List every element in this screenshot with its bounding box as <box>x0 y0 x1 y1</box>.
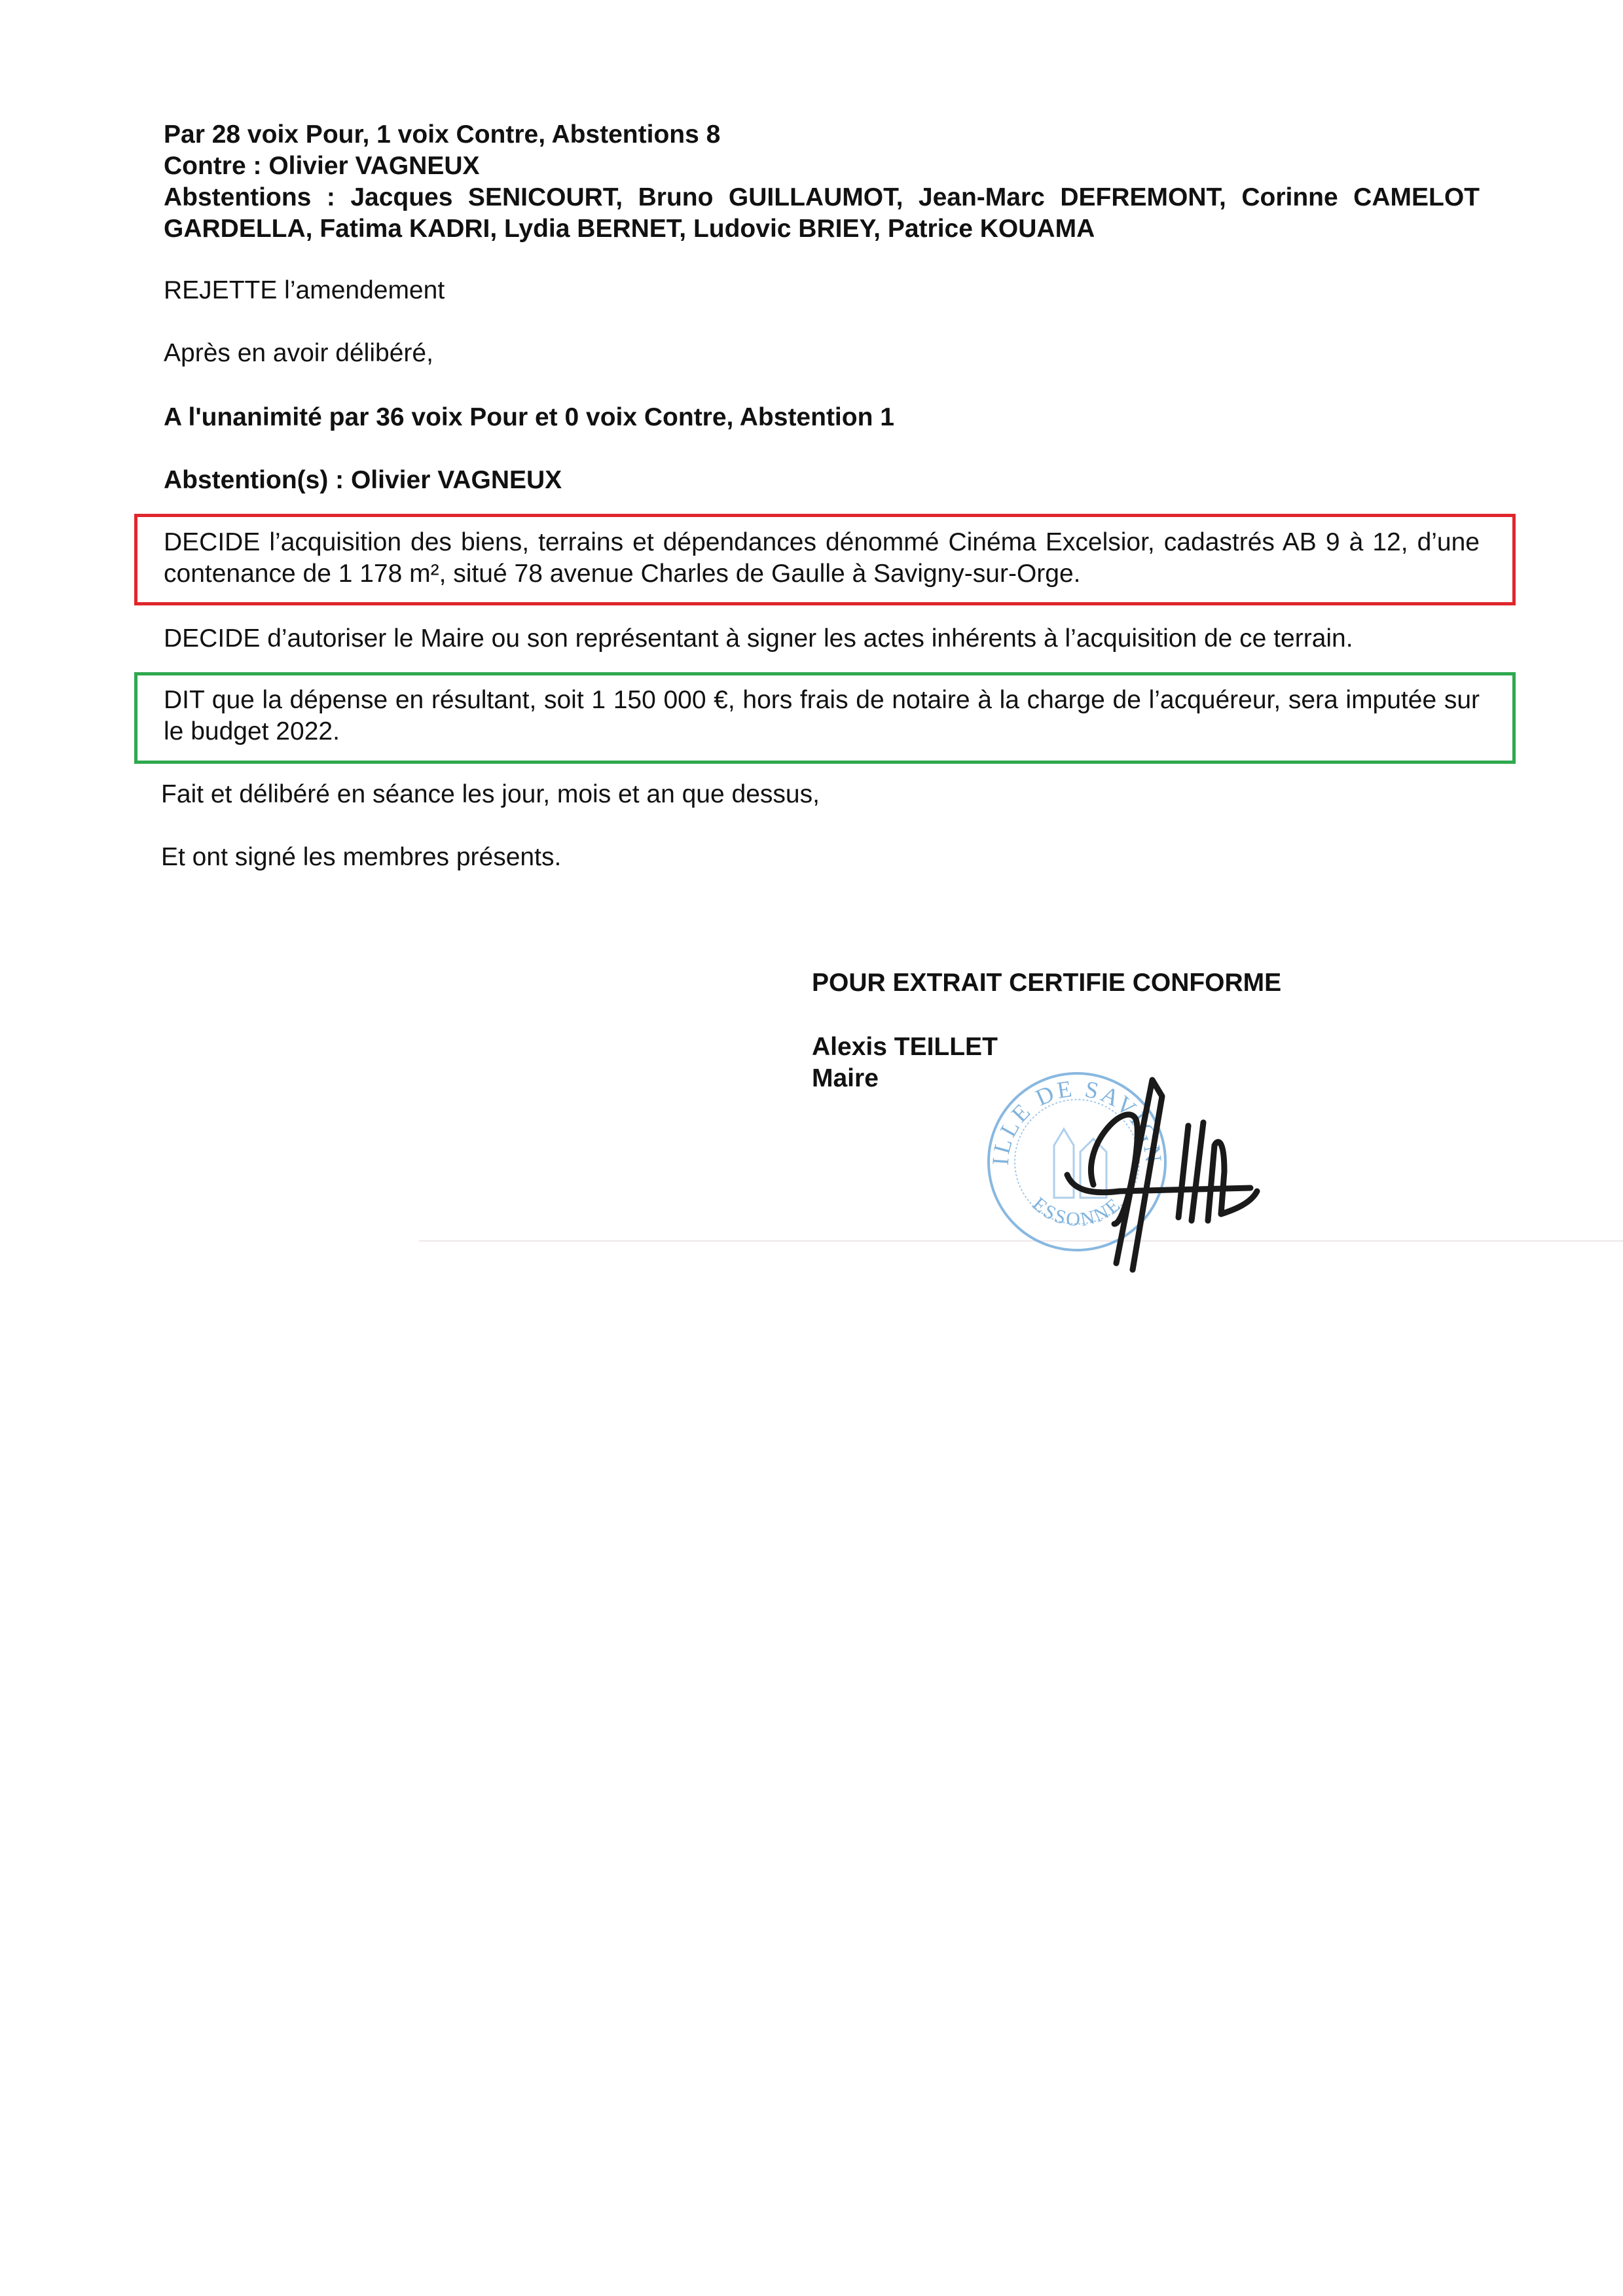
vote1-abstentions: Abstentions : Jacques SENICOURT, Bruno G… <box>164 182 1480 245</box>
apres-text: Après en avoir délibéré, <box>164 338 433 369</box>
closing-signe: Et ont signé les membres présents. <box>161 842 561 873</box>
vote1-contre: Contre : Olivier VAGNEUX <box>164 151 480 182</box>
closing-fait: Fait et délibéré en séance les jour, moi… <box>161 779 820 810</box>
vote2-result: A l'unanimité par 36 voix Pour et 0 voix… <box>164 402 894 433</box>
signatory-role: Maire <box>812 1063 879 1094</box>
signature-icon <box>1054 1073 1270 1283</box>
decision-depense: DIT que la dépense en résultant, soit 1 … <box>164 685 1480 747</box>
decision-acquisition: DECIDE l’acquisition des biens, terrains… <box>164 527 1480 590</box>
vote2-abstentions: Abstention(s) : Olivier VAGNEUX <box>164 465 562 496</box>
vote1-result: Par 28 voix Pour, 1 voix Contre, Abstent… <box>164 119 720 151</box>
certification-title: POUR EXTRAIT CERTIFIE CONFORME <box>812 967 1281 999</box>
decision-autorisation: DECIDE d’autoriser le Maire ou son repré… <box>164 623 1353 655</box>
rejette-text: REJETTE l’amendement <box>164 275 445 306</box>
signatory-name: Alexis TEILLET <box>812 1031 998 1063</box>
